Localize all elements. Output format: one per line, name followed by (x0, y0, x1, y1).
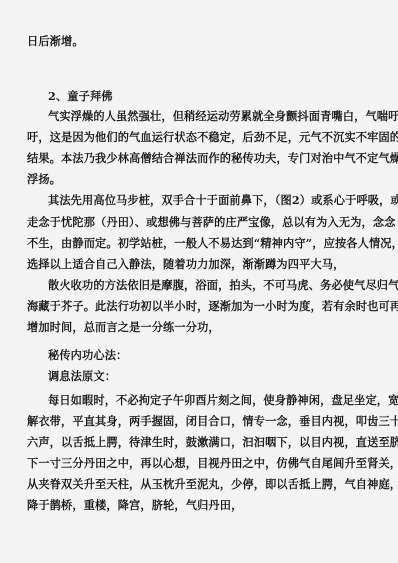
paragraph-line: 海藏于芥子。此法行功初以半小时，逐渐加为一小时为度，若有余时也可再 (27, 299, 398, 313)
secret-subtitle: 调息法原文： (48, 369, 116, 383)
paragraph-line: 选择以上适合自己入静法，随着功力加深，渐渐蹲为四平大马， (27, 257, 344, 271)
secret-line: 从夹脊双关升至天柱，从玉枕升至泥丸，少停，即以舌抵上腭，气自神庭， (27, 477, 398, 491)
document-page: 日后渐增。 2、童子拜佛 气实浮燥的人虽然强壮，但稍经运动劳累就全身颤抖面青嘴白… (0, 0, 398, 563)
secret-line: 解衣带，平直其身，两手握固，闭目合口，情专一念，垂目内视，叩齿三十 (27, 414, 398, 428)
secret-line: 下一寸三分丹田之中，再以心想，目视丹田之中，仿佛气自尾闾升至肾关， (27, 456, 398, 470)
secret-title: 秘传内功心法： (48, 348, 127, 362)
paragraph-line: 气实浮燥的人虽然强壮，但稍经运动劳累就全身颤抖面青嘴白，气喘吁 (48, 109, 398, 123)
paragraph-line: 不生，由静而定。初学站桩，一般人不易达到“精神内守”，应按各人情况， (27, 236, 398, 250)
secret-line: 六声，以舌抵上腭，待津生时，鼓漱满口，汩汩咽下，以目内视，直送至脐 (27, 435, 398, 449)
paragraph-line: 走念于忧陀那（丹田）、或想佛与菩萨的庄严宝像，总以有为入无为，念念 (27, 215, 396, 229)
tail-line: 日后渐增。 (27, 34, 84, 48)
paragraph-line: 散火收功的方法依旧是摩腹，浴面，拍头，不可马虎、务必使气尽归气 (48, 278, 398, 292)
secret-line: 每日如暇时，不必拘定子午卯酉片刻之间，使身静神闲，盘足坐定，宽 (48, 393, 398, 407)
paragraph-line: 增加时间，总而言之是一分练一分功， (27, 320, 220, 334)
paragraph-line: 浮扬。 (27, 172, 61, 186)
section-title: 2、童子拜佛 (48, 89, 113, 103)
paragraph-line: 吁，这是因为他们的气血运行状态不稳定，后劲不足，元气不沉实不牢固的 (27, 130, 398, 144)
secret-line: 降于鹊桥，重楼，降宫，脐轮，气归丹田， (27, 498, 242, 512)
paragraph-line: 其法先用高位马步桩，双手合十于面前鼻下，（图2）或系心于呼吸，或 (48, 193, 398, 207)
paragraph-line: 结果。本法乃我少林高僧结合禅法而作的秘传功夫，专门对治中气不定气燥 (27, 151, 398, 165)
